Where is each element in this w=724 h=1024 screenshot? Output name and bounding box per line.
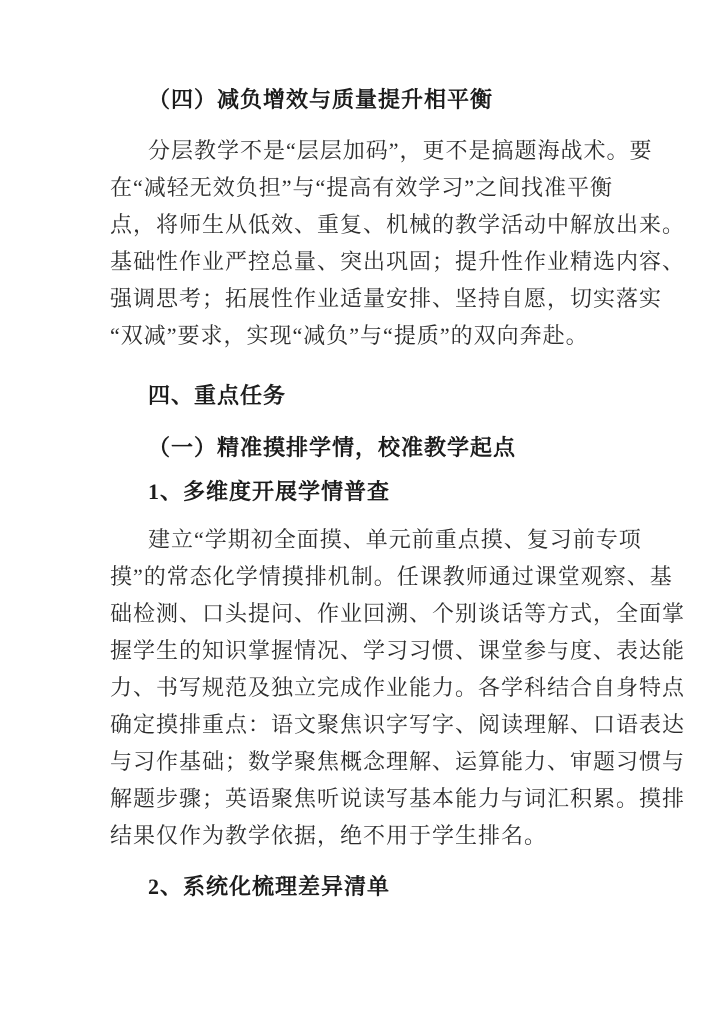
heading-section-1-assess-learning: （一）精准摸排学情，校准教学起点 — [110, 429, 616, 466]
heading-item-1-survey: 1、多维度开展学情普查 — [110, 473, 616, 510]
text-line: “双减”要求，实现“减负”与“提质”的双向奔赴。 — [110, 317, 616, 354]
text-line: 解题步骤；英语聚焦听说读写基本能力与词汇积累。摸排 — [110, 780, 616, 817]
paragraph-layered-teaching: 分层教学不是“层层加码”，更不是搞题海战术。要 在“减轻无效负担”与“提高有效学… — [110, 132, 616, 354]
text-line: 基础性作业严控总量、突出巩固；提升性作业精选内容、 — [110, 243, 616, 280]
document-content: （四）减负增效与质量提升相平衡 分层教学不是“层层加码”，更不是搞题海战术。要 … — [110, 0, 616, 905]
text-line: 在“减轻无效负担”与“提高有效学习”之间找准平衡 — [110, 169, 616, 206]
text-line: 确定摸排重点：语文聚焦识字写字、阅读理解、口语表达 — [110, 706, 616, 743]
text-line: 摸”的常态化学情摸排机制。任课教师通过课堂观察、基 — [110, 558, 616, 595]
text-line: 础检测、口头提问、作业回溯、个别谈话等方式，全面掌 — [110, 595, 616, 632]
heading-section-4-balance: （四）减负增效与质量提升相平衡 — [110, 81, 616, 118]
paragraph-learning-survey: 建立“学期初全面摸、单元前重点摸、复习前专项 摸”的常态化学情摸排机制。任课教师… — [110, 521, 616, 854]
text-line: 强调思考；拓展性作业适量安排、坚持自愿，切实落实 — [110, 280, 616, 317]
heading-item-2-difference-list: 2、系统化梳理差异清单 — [110, 868, 616, 905]
text-line: 结果仅作为教学依据，绝不用于学生排名。 — [110, 817, 616, 854]
heading-part-4-key-tasks: 四、重点任务 — [110, 377, 616, 414]
text-line: 与习作基础；数学聚焦概念理解、运算能力、审题习惯与 — [110, 743, 616, 780]
text-line: 握学生的知识掌握情况、学习习惯、课堂参与度、表达能 — [110, 632, 616, 669]
text-line: 力、书写规范及独立完成作业能力。各学科结合自身特点 — [110, 669, 616, 706]
text-line: 建立“学期初全面摸、单元前重点摸、复习前专项 — [110, 521, 616, 558]
text-line: 点，将师生从低效、重复、机械的教学活动中解放出来。 — [110, 206, 616, 243]
document-page: （四）减负增效与质量提升相平衡 分层教学不是“层层加码”，更不是搞题海战术。要 … — [0, 0, 724, 1024]
text-line: 分层教学不是“层层加码”，更不是搞题海战术。要 — [110, 132, 616, 169]
